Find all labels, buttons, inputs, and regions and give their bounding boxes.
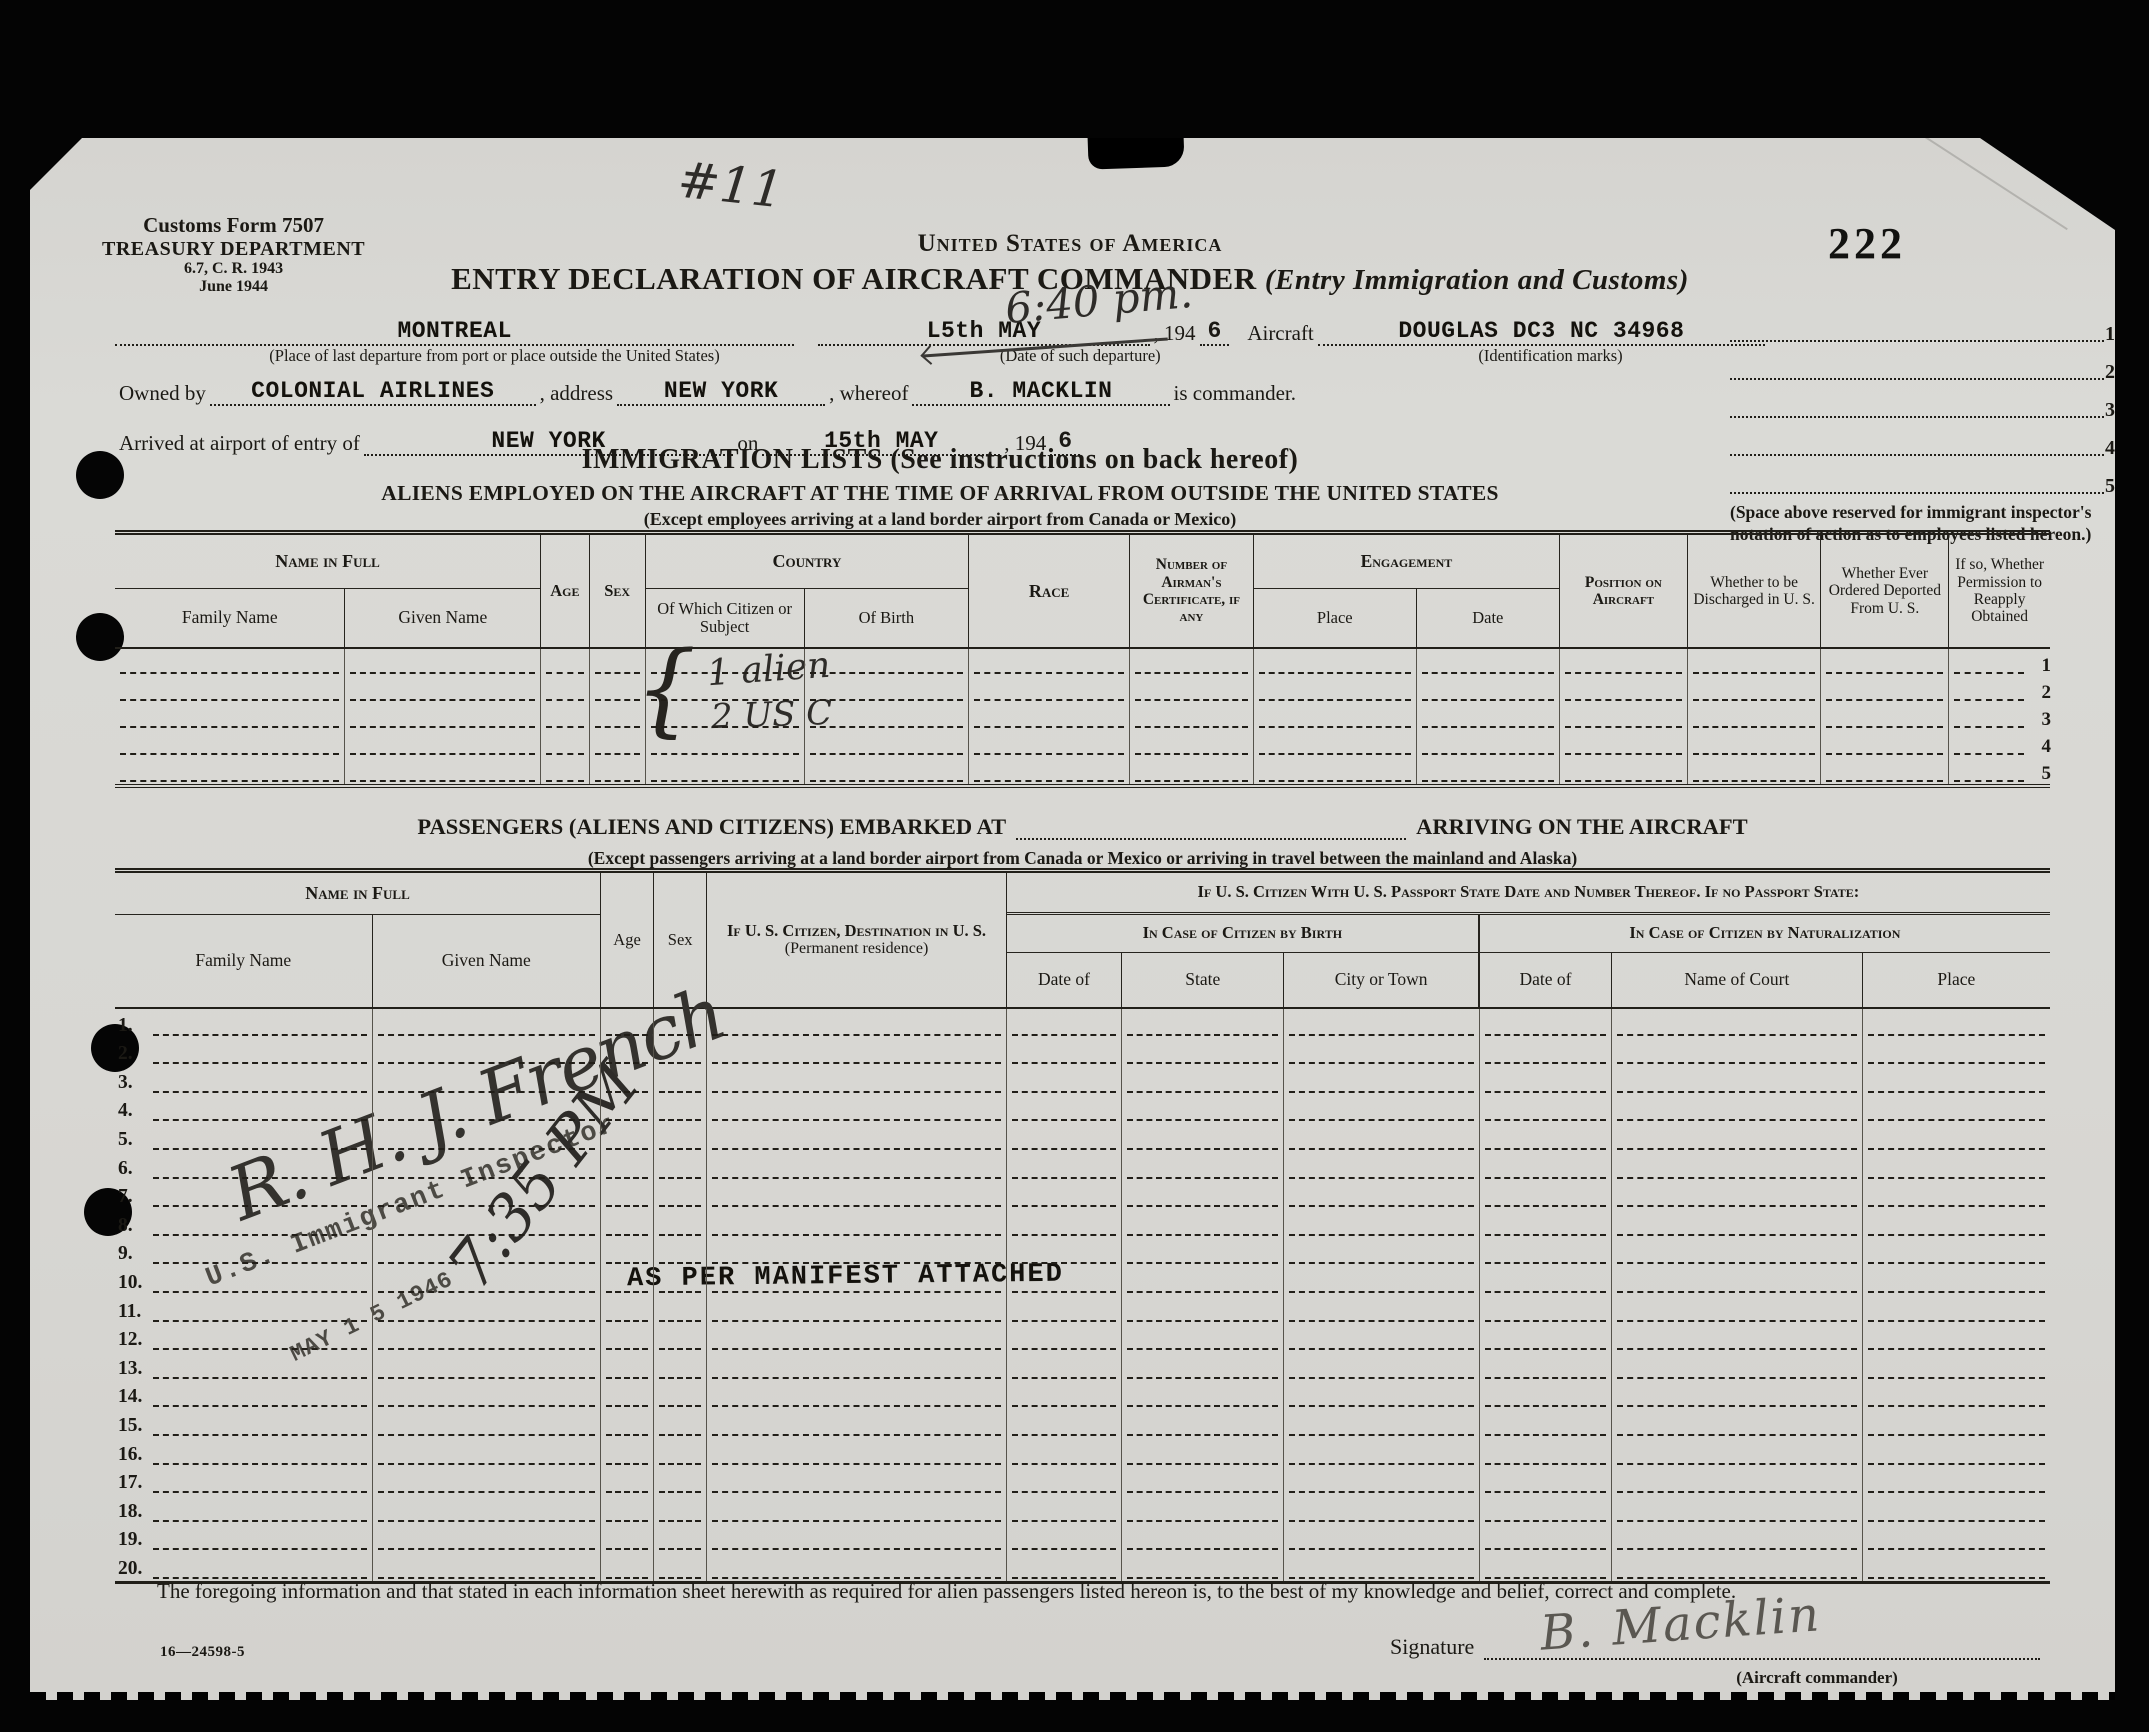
passenger-cell bbox=[373, 1266, 601, 1295]
passenger-row-number: 2. bbox=[118, 1043, 133, 1065]
owner-line: Owned by COLONIAL AIRLINES , address NEW… bbox=[115, 378, 1300, 406]
passenger-cell bbox=[1480, 1123, 1612, 1152]
col-discharged: Whether to be Discharged in U. S. bbox=[1688, 535, 1822, 647]
passenger-cell bbox=[707, 1152, 1007, 1181]
passenger-cell bbox=[601, 1209, 654, 1238]
passenger-cell bbox=[601, 1266, 654, 1295]
inspector-notation-area: 1 2 3 4 5 (Space above reserved for immi… bbox=[1730, 304, 2115, 546]
passenger-cell bbox=[1007, 1038, 1122, 1067]
passenger-cell bbox=[1284, 1381, 1479, 1410]
passenger-cell bbox=[1863, 1238, 2050, 1267]
crew-cell: 2 bbox=[1949, 676, 2050, 703]
crew-cell bbox=[1688, 649, 1822, 676]
passenger-cell bbox=[1863, 1552, 2050, 1581]
passenger-cell bbox=[1007, 1266, 1122, 1295]
crew-cell bbox=[115, 757, 345, 784]
passenger-cell bbox=[1612, 1381, 1863, 1410]
folded-corner bbox=[1924, 136, 2068, 230]
passenger-cell bbox=[654, 1324, 707, 1353]
crew-cell bbox=[805, 757, 970, 784]
passenger-table-row: 7. bbox=[115, 1181, 2050, 1210]
citizen-by-naturalization-header: In Case of Citizen by Naturalization bbox=[1480, 915, 2050, 953]
passenger-cell bbox=[373, 1209, 601, 1238]
passenger-cell bbox=[1007, 1552, 1122, 1581]
passenger-cell bbox=[654, 1552, 707, 1581]
passenger-cell bbox=[1480, 1209, 1612, 1238]
col-birth-state: State bbox=[1122, 953, 1284, 1007]
passenger-cell bbox=[1863, 1095, 2050, 1124]
crew-cell bbox=[1560, 649, 1688, 676]
page-number-stamp: 222 bbox=[1828, 218, 1906, 269]
passenger-cell bbox=[373, 1009, 601, 1038]
passenger-cell bbox=[1863, 1524, 2050, 1553]
dotted-rule bbox=[1730, 340, 2104, 342]
aliens-employed-heading: ALIENS EMPLOYED ON THE AIRCRAFT AT THE T… bbox=[115, 481, 1765, 506]
passenger-cell bbox=[1284, 1038, 1479, 1067]
passenger-row-number: 18. bbox=[118, 1501, 142, 1523]
passenger-cell: 18. bbox=[115, 1495, 373, 1524]
crew-cell bbox=[969, 757, 1130, 784]
passenger-table-row: 13. bbox=[115, 1352, 2050, 1381]
passenger-cell bbox=[1612, 1238, 1863, 1267]
passenger-table-row: 20. bbox=[115, 1552, 2050, 1581]
crew-cell bbox=[345, 649, 541, 676]
col-reapply-permission: If so, Whether Permission to Reapply Obt… bbox=[1949, 535, 2050, 647]
passenger-table-row: 4. bbox=[115, 1095, 2050, 1124]
crew-cell bbox=[541, 703, 589, 730]
passenger-cell bbox=[1863, 1209, 2050, 1238]
aircraft-sublabel: (Identification marks) bbox=[1336, 346, 1765, 366]
passenger-cell bbox=[1122, 1524, 1284, 1553]
passenger-cell bbox=[1612, 1438, 1863, 1467]
passenger-table-row: 19. bbox=[115, 1524, 2050, 1553]
passenger-cell: 12. bbox=[115, 1324, 373, 1353]
passenger-cell bbox=[373, 1381, 601, 1410]
passenger-cell bbox=[1284, 1181, 1479, 1210]
notation-line: 3 bbox=[1730, 380, 2115, 418]
col-name-in-full: Name in Full bbox=[115, 535, 541, 589]
passenger-cell: 11. bbox=[115, 1295, 373, 1324]
passenger-cell: 1. bbox=[115, 1009, 373, 1038]
crew-cell bbox=[805, 703, 970, 730]
passenger-cell bbox=[1480, 1495, 1612, 1524]
crew-table-row: 1 bbox=[115, 649, 2050, 676]
passenger-cell bbox=[1007, 1123, 1122, 1152]
col-sex: Sex bbox=[654, 873, 707, 1007]
crew-cell bbox=[115, 703, 345, 730]
passenger-cell bbox=[1480, 1352, 1612, 1381]
passenger-cell bbox=[1612, 1209, 1863, 1238]
passenger-cell bbox=[1007, 1438, 1122, 1467]
passenger-cell bbox=[373, 1181, 601, 1210]
passenger-table-row: 17. bbox=[115, 1467, 2050, 1496]
crew-cell bbox=[1821, 757, 1949, 784]
crew-cell bbox=[969, 730, 1130, 757]
passenger-table-row: 9. bbox=[115, 1238, 2050, 1267]
passenger-cell bbox=[1122, 1152, 1284, 1181]
passenger-cell bbox=[1612, 1552, 1863, 1581]
passenger-cell: 13. bbox=[115, 1352, 373, 1381]
passenger-cell: 7. bbox=[115, 1181, 373, 1210]
passenger-cell bbox=[1863, 1152, 2050, 1181]
line-number: 2 bbox=[2105, 364, 2115, 380]
passenger-cell bbox=[1863, 1123, 2050, 1152]
crew-cell bbox=[1417, 757, 1560, 784]
passenger-cell bbox=[1122, 1181, 1284, 1210]
passenger-cell bbox=[654, 1209, 707, 1238]
passenger-row-number: 11. bbox=[118, 1301, 141, 1323]
passenger-table-row: 18. bbox=[115, 1495, 2050, 1524]
passenger-cell bbox=[1612, 1095, 1863, 1124]
passenger-cell bbox=[601, 1352, 654, 1381]
passenger-table-row: 6. bbox=[115, 1152, 2050, 1181]
crew-table-row: 2 bbox=[115, 676, 2050, 703]
crew-row-number: 1 bbox=[2042, 655, 2052, 677]
passenger-cell bbox=[1612, 1295, 1863, 1324]
departure-sublabels: (Place of last departure from port or pl… bbox=[115, 346, 1765, 370]
crew-cell bbox=[646, 730, 805, 757]
passenger-row-number: 8. bbox=[118, 1215, 133, 1237]
passenger-cell bbox=[707, 1438, 1007, 1467]
passenger-cell bbox=[1284, 1009, 1479, 1038]
crew-cell bbox=[115, 676, 345, 703]
passenger-cell bbox=[707, 1324, 1007, 1353]
passenger-cell bbox=[1122, 1495, 1284, 1524]
passenger-cell: 9. bbox=[115, 1238, 373, 1267]
passengers-heading: PASSENGERS (ALIENS AND CITIZENS) EMBARKE… bbox=[115, 814, 2050, 840]
passenger-cell bbox=[1612, 1123, 1863, 1152]
passenger-cell bbox=[654, 1295, 707, 1324]
passenger-cell bbox=[1480, 1152, 1612, 1181]
passenger-cell bbox=[1284, 1238, 1479, 1267]
print-code: 16—24598-5 bbox=[160, 1644, 245, 1661]
regulation: 6.7, C. R. 1943 bbox=[102, 260, 365, 278]
passenger-cell bbox=[1122, 1552, 1284, 1581]
crew-cell bbox=[805, 649, 970, 676]
passenger-table-row: 16. bbox=[115, 1438, 2050, 1467]
crew-cell bbox=[1688, 757, 1822, 784]
crew-cell bbox=[1821, 676, 1949, 703]
crew-cell: 1 bbox=[1949, 649, 2050, 676]
passenger-cell bbox=[654, 1495, 707, 1524]
crew-cell bbox=[345, 703, 541, 730]
arriving-on-aircraft-label: ARRIVING ON THE AIRCRAFT bbox=[1416, 814, 1748, 840]
notation-line: 5 bbox=[1730, 456, 2115, 494]
col-engagement: Engagement bbox=[1254, 535, 1560, 589]
passenger-cell bbox=[654, 1524, 707, 1553]
passenger-cell bbox=[707, 1095, 1007, 1124]
passenger-row-number: 19. bbox=[118, 1529, 142, 1551]
passenger-cell bbox=[1480, 1038, 1612, 1067]
passenger-cell: 19. bbox=[115, 1524, 373, 1553]
signature-label: Signature bbox=[1390, 1634, 1474, 1660]
passenger-cell bbox=[1863, 1009, 2050, 1038]
passenger-cell bbox=[373, 1152, 601, 1181]
immigration-exception-note: (Except employees arriving at a land bor… bbox=[115, 509, 1765, 530]
destination-sublabel: (Permanent residence) bbox=[785, 940, 928, 958]
crew-cell bbox=[1688, 676, 1822, 703]
passenger-cell bbox=[373, 1324, 601, 1353]
crew-cell bbox=[1821, 703, 1949, 730]
crew-cell bbox=[590, 676, 646, 703]
col-birth-city: City or Town bbox=[1284, 953, 1479, 1007]
passenger-cell: 6. bbox=[115, 1152, 373, 1181]
form-identification: Customs Form 7507 TREASURY DEPARTMENT 6.… bbox=[102, 214, 365, 296]
col-country-of-birth: Of Birth bbox=[805, 589, 970, 647]
passenger-cell bbox=[1863, 1038, 2050, 1067]
passenger-cell bbox=[1284, 1552, 1479, 1581]
departure-year-field: 6 bbox=[1200, 318, 1230, 346]
passenger-cell: 8. bbox=[115, 1209, 373, 1238]
passenger-cell bbox=[1284, 1209, 1479, 1238]
passenger-table-row: 8. bbox=[115, 1209, 2050, 1238]
passenger-cell bbox=[1284, 1123, 1479, 1152]
passenger-cell bbox=[1284, 1524, 1479, 1553]
dotted-rule bbox=[1730, 492, 2104, 494]
passenger-cell bbox=[601, 1152, 654, 1181]
passenger-cell bbox=[1007, 1467, 1122, 1496]
passenger-cell bbox=[1284, 1295, 1479, 1324]
passenger-cell bbox=[1480, 1295, 1612, 1324]
passenger-cell bbox=[707, 1552, 1007, 1581]
departure-line: MONTREAL L5th MAY , 194 6 Aircraft DOUGL… bbox=[115, 318, 1765, 346]
aircraft-label: Aircraft bbox=[1243, 321, 1317, 346]
passenger-cell bbox=[1122, 1238, 1284, 1267]
passenger-cell: 5. bbox=[115, 1123, 373, 1152]
col-age: Age bbox=[541, 535, 589, 647]
col-engagement-place: Place bbox=[1254, 589, 1417, 647]
country-title: United States of America bbox=[330, 230, 1810, 258]
passenger-cell bbox=[1612, 1324, 1863, 1353]
form-title-paren: (Entry Immigration and Customs) bbox=[1265, 264, 1689, 296]
passenger-row-number: 3. bbox=[118, 1072, 133, 1094]
perforation-edge bbox=[30, 1692, 2115, 1700]
passenger-cell bbox=[1007, 1495, 1122, 1524]
passenger-cell bbox=[707, 1467, 1007, 1496]
declaration-fields: MONTREAL L5th MAY , 194 6 Aircraft DOUGL… bbox=[115, 318, 1765, 456]
passenger-cell bbox=[1863, 1324, 2050, 1353]
dotted-rule bbox=[1730, 454, 2104, 456]
passenger-cell bbox=[1863, 1066, 2050, 1095]
passenger-cell bbox=[1612, 1009, 1863, 1038]
passenger-cell bbox=[601, 1495, 654, 1524]
passenger-cell bbox=[1612, 1181, 1863, 1210]
passenger-cell bbox=[1007, 1238, 1122, 1267]
whereof-label: , whereof bbox=[825, 381, 912, 406]
passenger-cell bbox=[1480, 1181, 1612, 1210]
passenger-cell bbox=[601, 1438, 654, 1467]
passenger-cell bbox=[601, 1409, 654, 1438]
passenger-cell: 10. bbox=[115, 1266, 373, 1295]
passenger-cell bbox=[1863, 1409, 2050, 1438]
dotted-rule bbox=[1730, 378, 2104, 380]
crew-cell bbox=[646, 757, 805, 784]
col-given-name: Given Name bbox=[345, 589, 541, 647]
passenger-row-number: 4. bbox=[118, 1100, 133, 1122]
passenger-cell bbox=[601, 1095, 654, 1124]
passenger-cell bbox=[1122, 1438, 1284, 1467]
passenger-cell bbox=[601, 1524, 654, 1553]
owner-address-field: NEW YORK bbox=[617, 378, 825, 406]
crew-cell bbox=[805, 676, 970, 703]
passenger-row-number: 5. bbox=[118, 1129, 133, 1151]
passenger-cell bbox=[654, 1381, 707, 1410]
crew-cell bbox=[590, 757, 646, 784]
passenger-cell: 4. bbox=[115, 1095, 373, 1124]
passenger-cell bbox=[1007, 1066, 1122, 1095]
passenger-row-number: 16. bbox=[118, 1444, 142, 1466]
crew-cell bbox=[1821, 730, 1949, 757]
passenger-cell bbox=[1122, 1352, 1284, 1381]
passenger-cell bbox=[654, 1095, 707, 1124]
year-printed: , 194 bbox=[1150, 321, 1200, 346]
passenger-cell bbox=[707, 1266, 1007, 1295]
passenger-table-row: 15. bbox=[115, 1409, 2050, 1438]
passenger-cell bbox=[373, 1038, 601, 1067]
crew-cell bbox=[646, 649, 805, 676]
crew-cell bbox=[345, 730, 541, 757]
crew-row-number: 4 bbox=[2042, 736, 2052, 758]
passenger-cell bbox=[1480, 1095, 1612, 1124]
line-number: 1 bbox=[2105, 326, 2115, 342]
passenger-cell bbox=[707, 1495, 1007, 1524]
passenger-cell bbox=[1284, 1495, 1479, 1524]
dotted-rule bbox=[1730, 416, 2104, 418]
passenger-row-number: 20. bbox=[118, 1558, 142, 1580]
passenger-cell bbox=[707, 1524, 1007, 1553]
destination-label: If U. S. Citizen, Destination in U. S. bbox=[727, 922, 986, 940]
passenger-cell bbox=[373, 1495, 601, 1524]
passenger-cell bbox=[1863, 1438, 2050, 1467]
crew-cell: 3 bbox=[1949, 703, 2050, 730]
passenger-cell: 3. bbox=[115, 1066, 373, 1095]
col-destination: If U. S. Citizen, Destination in U. S. (… bbox=[707, 873, 1007, 1007]
passenger-cell bbox=[1122, 1009, 1284, 1038]
passenger-cell bbox=[373, 1552, 601, 1581]
crew-table: Name in Full Family Name Given Name Age … bbox=[115, 530, 2050, 788]
passenger-cell bbox=[601, 1009, 654, 1038]
passenger-cell bbox=[1863, 1181, 2050, 1210]
passenger-cell bbox=[1480, 1266, 1612, 1295]
passenger-cell bbox=[707, 1181, 1007, 1210]
passenger-cell bbox=[707, 1352, 1007, 1381]
owned-by-label: Owned by bbox=[115, 381, 210, 406]
crew-cell bbox=[1130, 649, 1254, 676]
immigration-heading: IMMIGRATION LISTS (See instructions on b… bbox=[115, 444, 1765, 476]
passenger-row-number: 10. bbox=[118, 1272, 142, 1294]
crew-cell bbox=[1417, 676, 1560, 703]
crew-cell bbox=[1417, 730, 1560, 757]
crew-cell bbox=[115, 730, 345, 757]
passenger-cell bbox=[1480, 1438, 1612, 1467]
passenger-cell bbox=[1122, 1038, 1284, 1067]
crew-cell: 5 bbox=[1949, 757, 2050, 784]
passenger-cell: 14. bbox=[115, 1381, 373, 1410]
col-sex: Sex bbox=[590, 535, 646, 647]
crew-cell bbox=[805, 730, 970, 757]
address-label: , address bbox=[536, 381, 617, 406]
passenger-cell bbox=[654, 1152, 707, 1181]
passenger-cell: 2. bbox=[115, 1038, 373, 1067]
passenger-cell bbox=[1284, 1467, 1479, 1496]
scanned-document-page: { "colors":{"paper":"#d8d7d3","ink":"#1b… bbox=[0, 0, 2149, 1732]
passenger-cell bbox=[1612, 1409, 1863, 1438]
passenger-cell bbox=[1480, 1066, 1612, 1095]
passenger-cell bbox=[373, 1438, 601, 1467]
crew-table-row: 3 bbox=[115, 703, 2050, 730]
crew-cell bbox=[1254, 730, 1417, 757]
passenger-cell bbox=[1480, 1324, 1612, 1353]
passenger-cell bbox=[1863, 1352, 2050, 1381]
passenger-cell bbox=[707, 1295, 1007, 1324]
passenger-cell bbox=[373, 1467, 601, 1496]
crew-table-body: { 1 alien 2 US C 12345 bbox=[115, 649, 2050, 784]
passenger-cell bbox=[373, 1123, 601, 1152]
crew-cell bbox=[1254, 757, 1417, 784]
passenger-cell bbox=[1122, 1266, 1284, 1295]
passenger-cell bbox=[1122, 1095, 1284, 1124]
crew-cell bbox=[1254, 649, 1417, 676]
crew-cell bbox=[1130, 703, 1254, 730]
passenger-cell bbox=[1612, 1266, 1863, 1295]
passenger-row-number: 17. bbox=[118, 1472, 142, 1494]
department: TREASURY DEPARTMENT bbox=[102, 238, 365, 260]
passenger-cell bbox=[1284, 1409, 1479, 1438]
passenger-cell bbox=[1007, 1152, 1122, 1181]
notation-line: 4 bbox=[1730, 418, 2115, 456]
crew-row-number: 2 bbox=[2042, 682, 2052, 704]
col-given-name: Given Name bbox=[373, 915, 601, 1007]
crew-cell bbox=[541, 676, 589, 703]
passenger-cell: 15. bbox=[115, 1409, 373, 1438]
handwritten-number: #11 bbox=[675, 151, 786, 220]
passenger-cell bbox=[707, 1238, 1007, 1267]
crew-cell bbox=[1130, 730, 1254, 757]
passenger-cell: 16. bbox=[115, 1438, 373, 1467]
crew-cell bbox=[1821, 649, 1949, 676]
col-country: Country bbox=[646, 535, 969, 589]
crew-cell bbox=[590, 703, 646, 730]
crew-cell bbox=[1560, 676, 1688, 703]
crew-table-row: 5 bbox=[115, 757, 2050, 784]
passenger-cell bbox=[1122, 1381, 1284, 1410]
passport-statement-header: If U. S. Citizen With U. S. Passport Sta… bbox=[1007, 873, 2050, 915]
crew-cell bbox=[646, 676, 805, 703]
col-position-on-aircraft: Position on Aircraft bbox=[1560, 535, 1688, 647]
passenger-cell bbox=[1612, 1467, 1863, 1496]
citizen-by-birth-header: In Case of Citizen by Birth bbox=[1007, 915, 1480, 953]
crew-cell bbox=[345, 676, 541, 703]
crew-cell bbox=[541, 757, 589, 784]
passenger-cell bbox=[601, 1295, 654, 1324]
crew-cell bbox=[115, 649, 345, 676]
passenger-table-header: Name in Full Family Name Given Name Age … bbox=[115, 873, 2050, 1009]
crew-cell bbox=[969, 649, 1130, 676]
crew-cell bbox=[1417, 703, 1560, 730]
passenger-cell bbox=[1007, 1324, 1122, 1353]
departure-place-sublabel: (Place of last departure from port or pl… bbox=[115, 346, 874, 366]
passenger-cell bbox=[654, 1266, 707, 1295]
passenger-cell bbox=[1284, 1066, 1479, 1095]
commander-name-field: B. MACKLIN bbox=[912, 378, 1169, 406]
passenger-cell bbox=[601, 1381, 654, 1410]
passenger-table-row: 12. bbox=[115, 1324, 2050, 1353]
passenger-table-row: 1. bbox=[115, 1009, 2050, 1038]
passenger-row-number: 9. bbox=[118, 1243, 133, 1265]
passenger-table-row: 10. bbox=[115, 1266, 2050, 1295]
passenger-cell bbox=[601, 1123, 654, 1152]
col-birth-date: Date of bbox=[1007, 953, 1122, 1007]
